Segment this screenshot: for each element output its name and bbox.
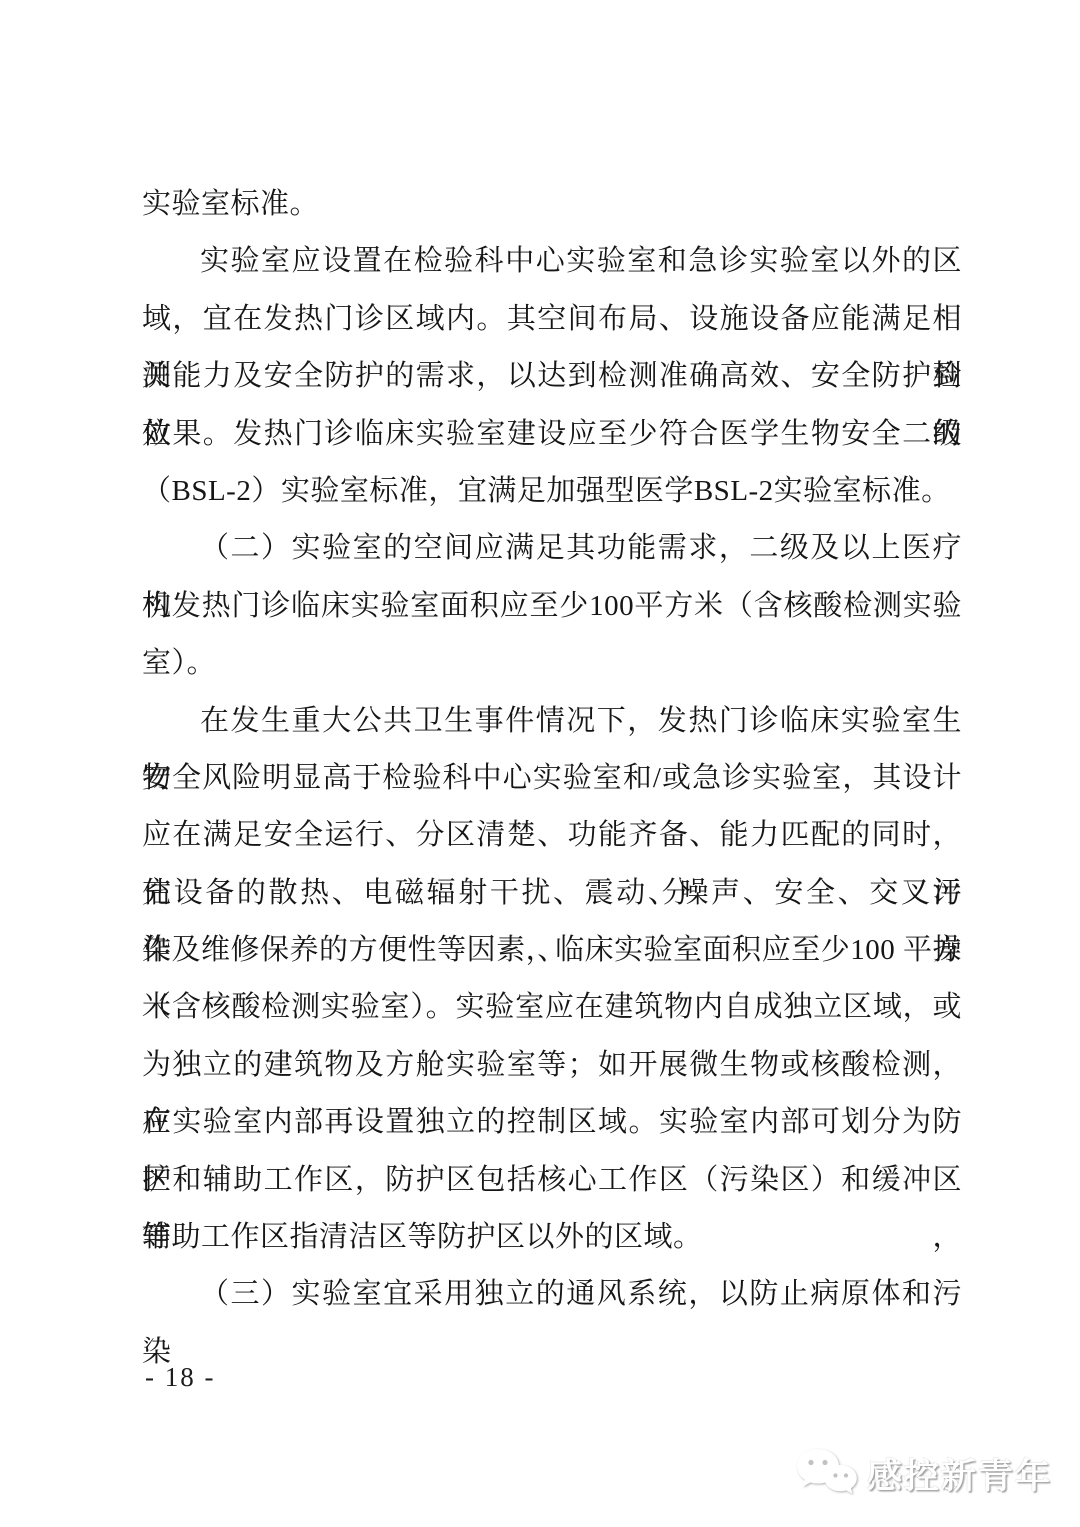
text-line: 应在满足安全运行、分区清楚、功能齐备、能力匹配的同时，充 分评 [142, 807, 962, 864]
text-line: 测能力及安全防护的需求，以达到检测准确高效、安全防护到位的 [142, 348, 962, 405]
text-line: 作及维修保养的方便性等因素，临床实验室面积应至少100 平方米 [142, 922, 962, 979]
text-line: 在发生重大公共卫生事件情况下，发热门诊临床实验室生物 [142, 693, 962, 750]
text-line: 安全风险明显高于检验科中心实验室和/或急诊实验室，其设计 [142, 750, 962, 807]
text-line: 区和辅助工作区，防护区包括核心工作区（污染区）和缓冲区等， [142, 1152, 962, 1209]
text-line: （BSL-2）实验室标准，宜满足加强型医学BSL-2实验室标准。 [142, 463, 962, 520]
text-line: 域，宜在发热门诊区域内。其空间布局、设施设备应能满足相关检 [142, 291, 962, 348]
watermark-text: 感控新青年 [867, 1449, 1052, 1499]
text-line: （二）实验室的空间应满足其功能需求，二级及以上医疗机 [142, 520, 962, 577]
text-line: 室）。 [142, 635, 962, 692]
watermark: 感控新青年 [795, 1448, 1052, 1500]
text-line: 实验室标准。 [142, 176, 962, 233]
text-line: 为独立的建筑物及方舱实验室等；如开展微生物或核酸检测，应 [142, 1037, 962, 1094]
page-number: - 18 - [145, 1362, 215, 1393]
text-line: 效果。发热门诊临床实验室建设应至少符合医学生物安全二级 [142, 406, 962, 463]
text-line: （含核酸检测实验室）。实验室应在建筑物内自成独立区域，或 [142, 979, 962, 1036]
text-line: 构发热门诊临床实验室面积应至少100平方米（含核酸检测实验 [142, 578, 962, 635]
wechat-bubbles-icon [795, 1448, 857, 1500]
text-line: 估设备的散热、电磁辐射干扰、震动、噪声、安全、交叉污染、操 [142, 865, 962, 922]
text-line: 实验室应设置在检验科中心实验室和急诊实验室以外的区 [142, 233, 962, 290]
text-line: 在实验室内部再设置独立的控制区域。实验室内部可划分为防护 [142, 1094, 962, 1151]
body-text: 实验室标准。实验室应设置在检验科中心实验室和急诊实验室以外的区域，宜在发热门诊区… [142, 176, 962, 1324]
text-line: （三）实验室宜采用独立的通风系统，以防止病原体和污染 [142, 1266, 962, 1323]
document-page: 实验室标准。实验室应设置在检验科中心实验室和急诊实验室以外的区域，宜在发热门诊区… [0, 0, 1080, 1527]
